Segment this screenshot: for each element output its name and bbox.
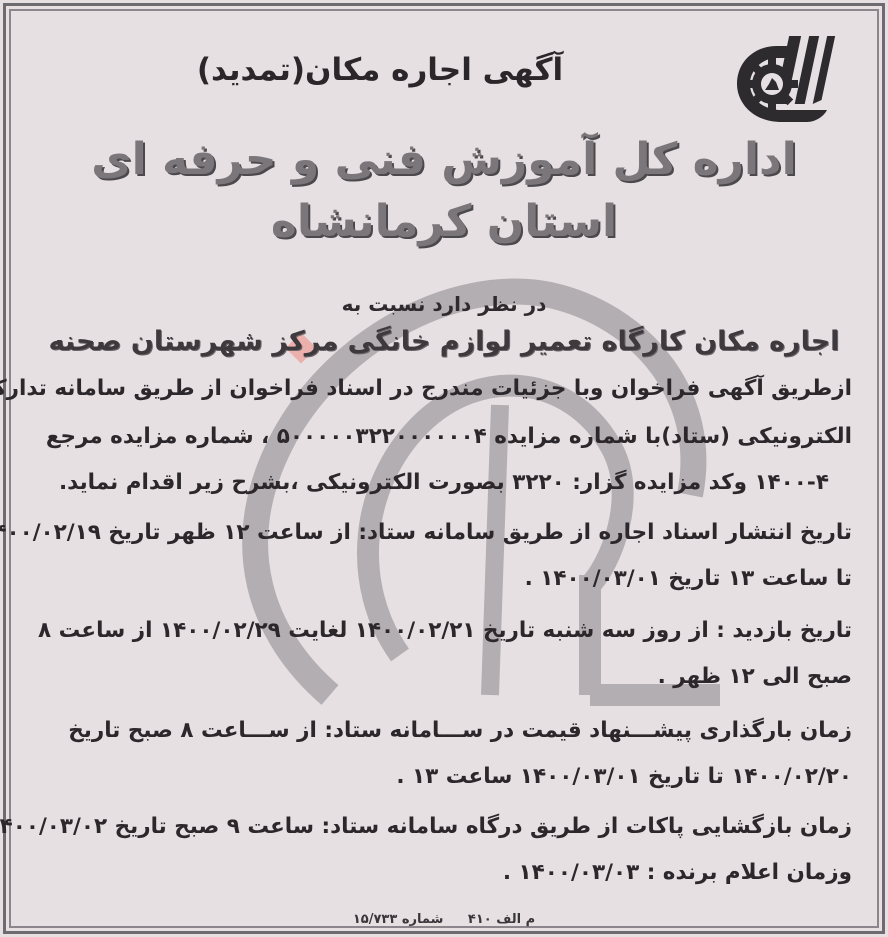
subject-heading: اجاره مکان کارگاه تعمیر لوازم خانگی مرکز… — [20, 326, 868, 357]
schedule-bid-upload-line: ۱۴۰۰/۰۲/۲۰ تا تاریخ ۱۴۰۰/۰۳/۰۱ ساعت ۱۳ . — [36, 764, 852, 789]
schedule-publication-line: تاریخ انتشار اسناد اجاره از طریق سامانه … — [36, 520, 852, 545]
schedule-winner-line: وزمان اعلام برنده : ۱۴۰۰/۰۳/۰۳ . — [36, 860, 852, 885]
schedule-visit-line: صبح الی ۱۲ ظهر . — [36, 664, 852, 689]
paragraph-line: الکترونیکی (ستاد)با شماره مزایده ۵۰۰۰۰۰۳… — [36, 424, 852, 449]
paragraph-line: ۱۴۰۰-۴ وکد مزایده گزار: ۳۲۲۰ بصورت الکتر… — [36, 470, 852, 495]
schedule-visit-line: تاریخ بازدید : از روز سه شنبه تاریخ ۱۴۰۰… — [36, 618, 852, 643]
schedule-bid-upload-line: زمان بارگذاری پیشـــنهاد قیمت در ســـاما… — [36, 718, 852, 743]
footer-number: شماره ۱۵/۷۳۳ — [353, 912, 444, 927]
paragraph-line: ازطریق آگهی فراخوان وبا جزئیات مندرج در … — [36, 376, 852, 401]
footer-code: م الف ۴۱۰ — [468, 912, 535, 927]
organization-name: اداره کل آموزش فنی و حرفه ای — [20, 132, 868, 188]
ad-content: آگهی اجاره مکان(تمدید) اداره کل آموزش فن… — [20, 14, 868, 923]
intro-text: در نظر دارد نسبت به — [20, 292, 868, 316]
organization-province: استان کرمانشاه — [20, 194, 868, 250]
footer-reference: م الف ۴۱۰ شماره ۱۵/۷۳۳ — [20, 912, 868, 927]
ad-title: آگهی اجاره مکان(تمدید) — [180, 52, 580, 88]
tvto-gear-logo-icon — [732, 32, 842, 132]
schedule-publication-line: تا ساعت ۱۳ تاریخ ۱۴۰۰/۰۳/۰۱ . — [36, 566, 852, 591]
newspaper-clipping: آگهی اجاره مکان(تمدید) اداره کل آموزش فن… — [0, 0, 888, 937]
schedule-opening-line: زمان بازگشایی پاکات از طریق درگاه سامانه… — [36, 814, 852, 839]
